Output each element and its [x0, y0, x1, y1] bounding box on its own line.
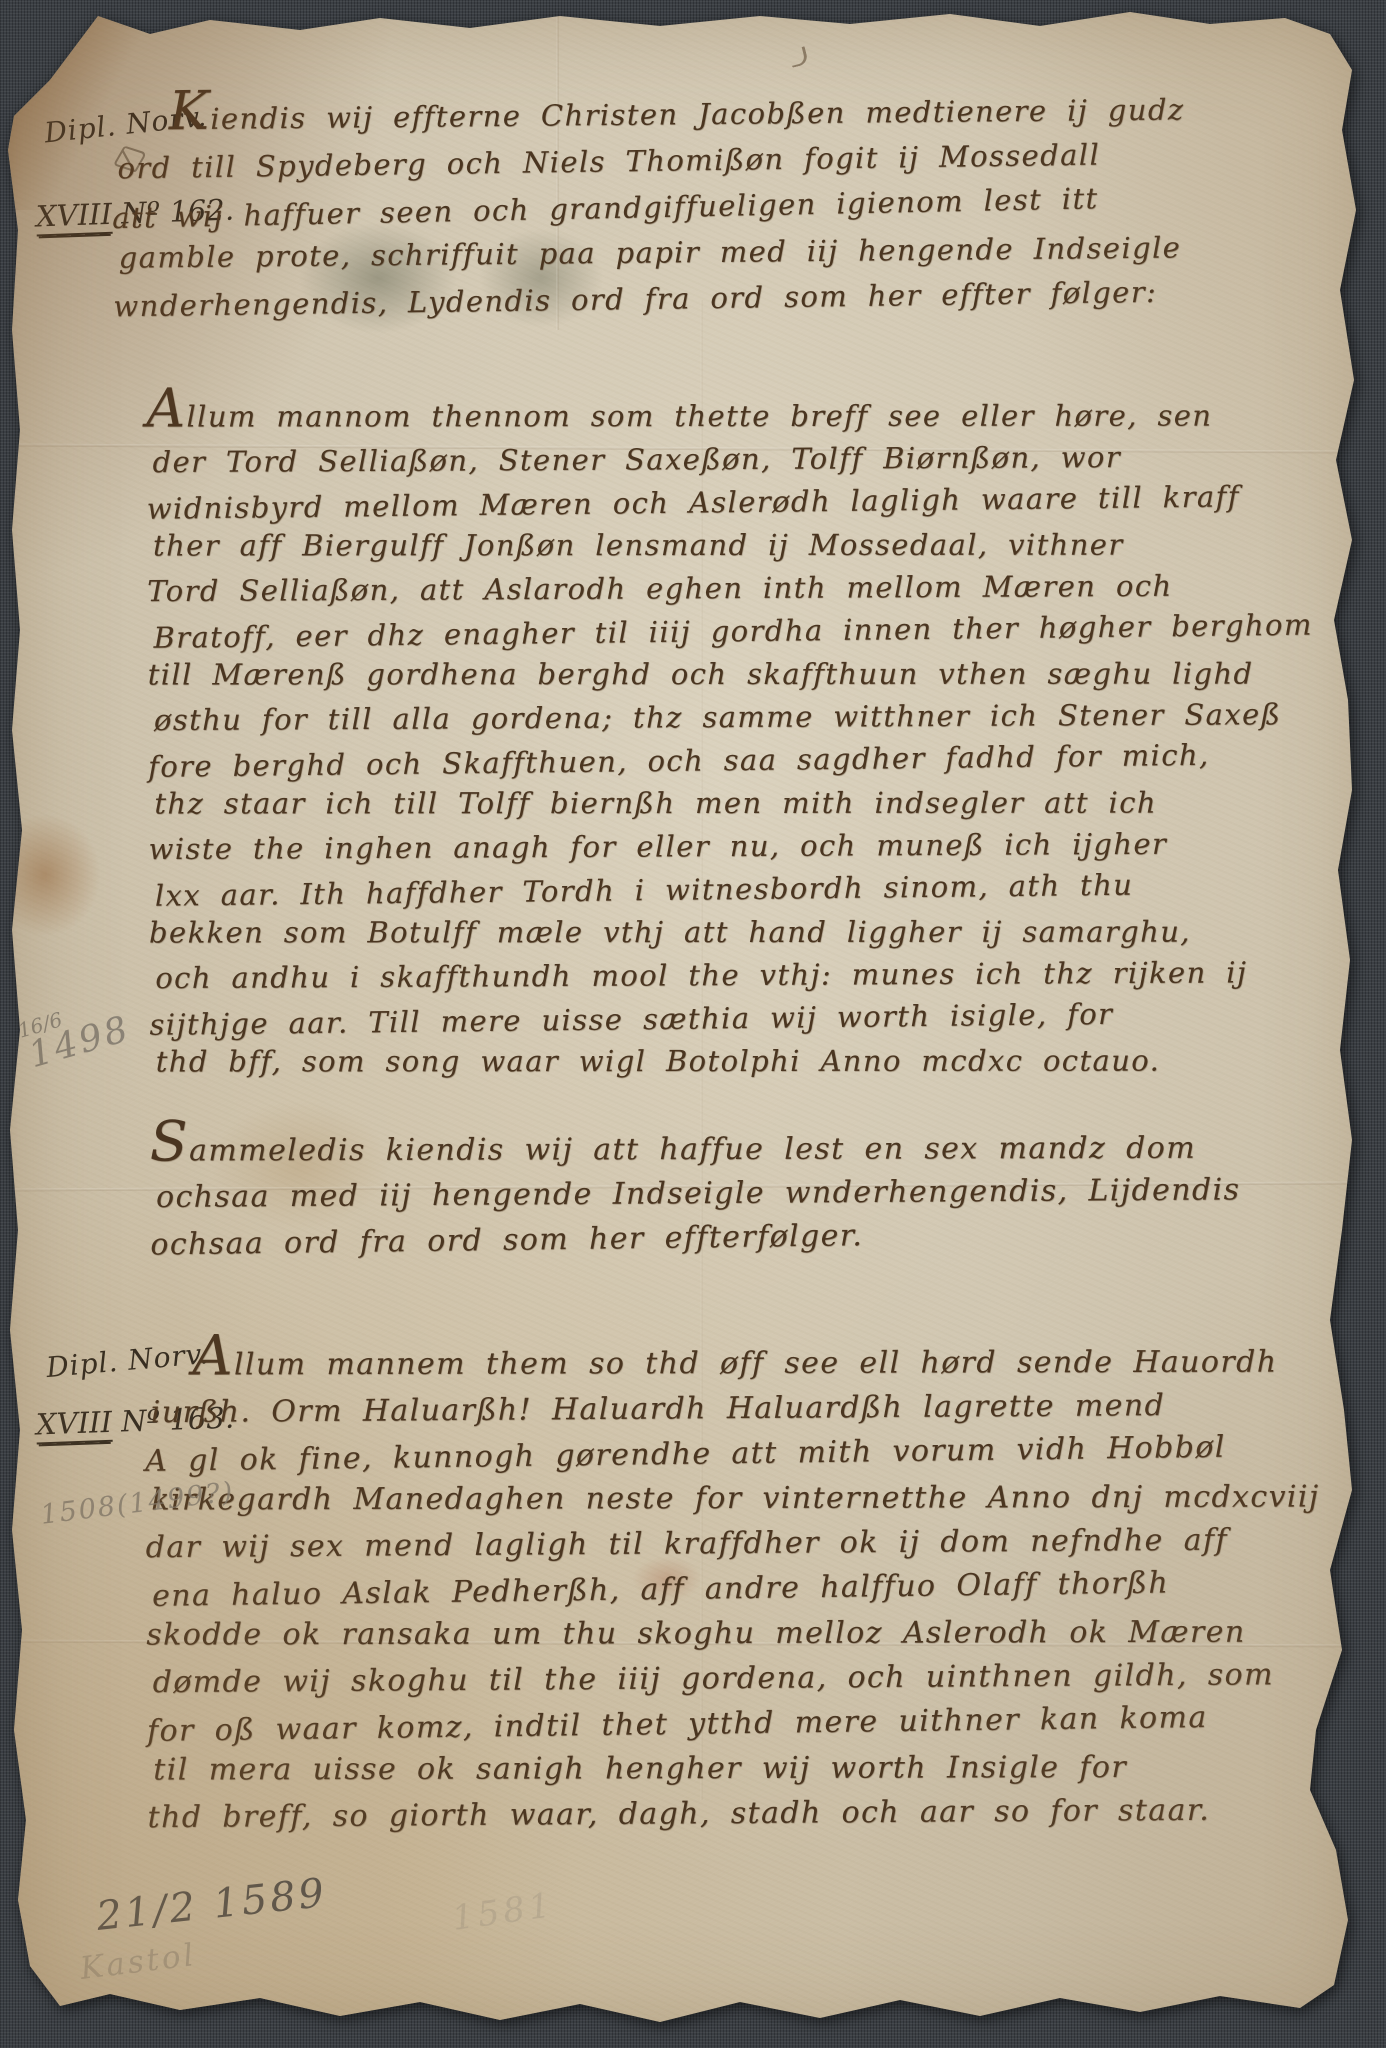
paragraph-vidimus-intro: Kiendis wij effterne Christen Jacobßen m…: [110, 78, 1318, 330]
volume-label: XVIII: [35, 197, 112, 237]
manuscript-line: ther aff Biergulff Jonßøn lensmand ij Mo…: [153, 523, 1347, 567]
manuscript-line: thd breff, so giorth waar, dagh, stadh o…: [147, 1787, 1352, 1840]
manuscript-line: bekken som Botulff mæle vthj att hand li…: [149, 910, 1349, 954]
manuscript-line: thz staar ich till Tolff biernßh men mit…: [154, 781, 1348, 825]
manuscript-line: till Mærenß gordhena berghd och skaffthu…: [148, 652, 1348, 696]
manuscript-line: kirkegardh Manedaghen neste for vinterne…: [151, 1474, 1350, 1522]
volume-label: XVIII: [35, 1405, 112, 1445]
manuscript-page: Dipl. Norv. XVIII Nº 162. Dipl. Norv. XV…: [0, 0, 1386, 2048]
ink-flourish: [788, 46, 809, 68]
pencil-note-ghost: 1581: [450, 1885, 557, 1939]
pencil-note-date-1589: 21/2 1589: [94, 1870, 329, 1940]
pencil-note-1498: 16/6 1498: [20, 995, 135, 1076]
manuscript-line: Allum mannem them so thd øff see ell hør…: [144, 1332, 1349, 1387]
paper-sheet-wrap: Dipl. Norv. XVIII Nº 162. Dipl. Norv. XV…: [0, 0, 1386, 2048]
manuscript-line: thd bff, som song waar wigl Botolphi Ann…: [156, 1039, 1350, 1083]
manuscript-line: Sammeledis kiendis wij att haffue lest e…: [150, 1118, 1300, 1173]
manuscript-line: Allum mannom thennom som thette breff se…: [146, 387, 1346, 438]
paragraph-vidimus-second: Sammeledis kiendis wij att haffue lest e…: [150, 1116, 1301, 1264]
pencil-note-name: Kastol: [78, 1937, 198, 1987]
paragraph-letter-1498: Allum mannom thennom som thette breff se…: [146, 385, 1350, 1086]
manuscript-line: skodde ok ransaka um thu skoghu melloz A…: [146, 1609, 1351, 1657]
paragraph-six-man-verdict: Allum mannem them so thd øff see ell hør…: [144, 1330, 1352, 1840]
manuscript-photograph: Dipl. Norv. XVIII Nº 162. Dipl. Norv. XV…: [0, 0, 1386, 2048]
manuscript-line: til mera uisse ok sanigh hengher wij wor…: [153, 1744, 1352, 1792]
page-number: 55: [1336, 1844, 1354, 1860]
edge-stain: [0, 815, 100, 935]
